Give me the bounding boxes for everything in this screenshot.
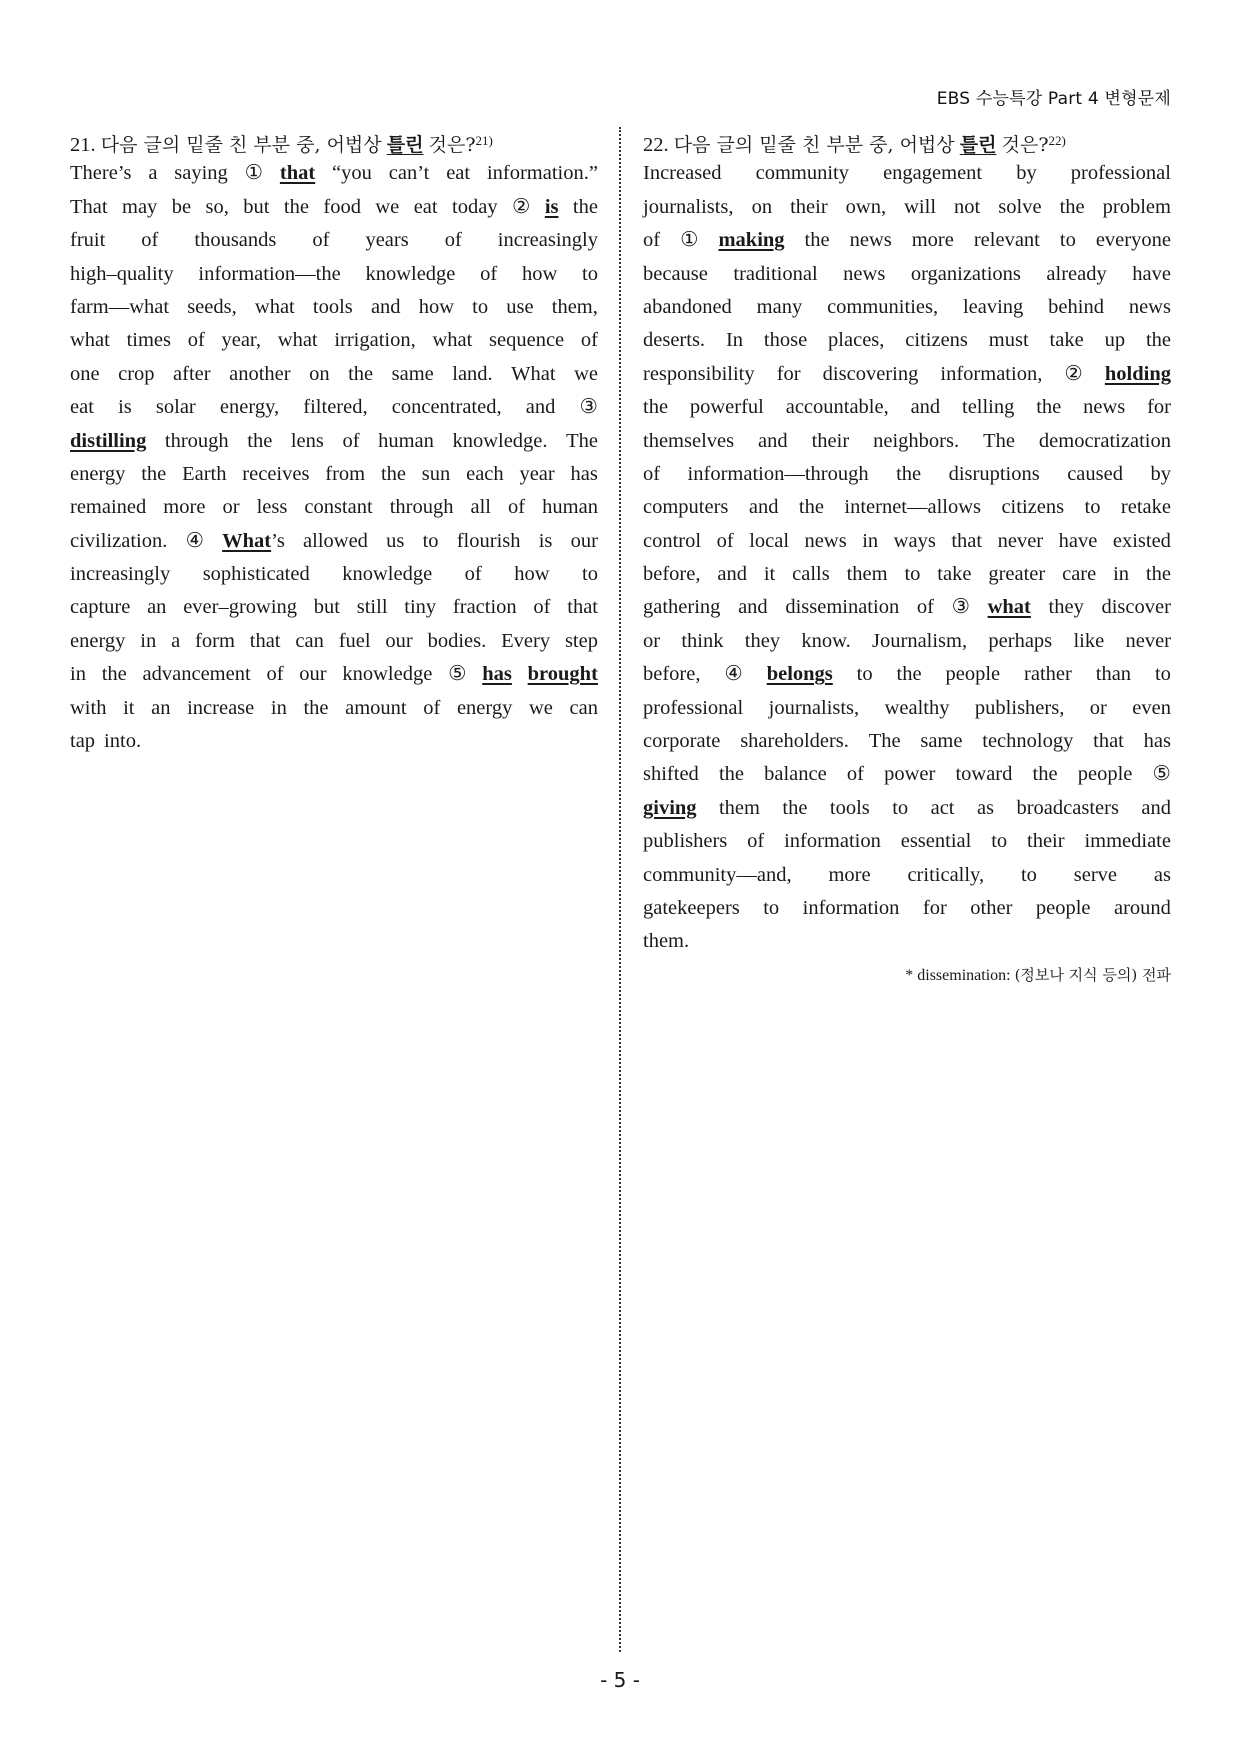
word: or: [222, 491, 239, 524]
word: those: [764, 324, 807, 357]
word: people: [945, 658, 1000, 691]
word: and: [1141, 792, 1171, 825]
word: for: [923, 892, 947, 925]
question-number: 22.: [643, 134, 669, 156]
word: the: [102, 658, 127, 691]
word: dissemination: [785, 591, 899, 624]
word: is: [545, 191, 559, 224]
word: civilization.: [70, 525, 167, 558]
text: problem: [1103, 196, 1171, 218]
text: of: [465, 563, 482, 585]
word: brought: [528, 658, 598, 691]
text: energy: [457, 697, 512, 719]
text: discovering: [823, 363, 919, 385]
question-22: 22. 다음 글의 밑줄 친 부분 중, 어법상 틀린 것은?22) Incre…: [643, 124, 1171, 990]
text: balance: [764, 763, 827, 785]
passage-line: withitanincreaseintheamountofenergywecan: [70, 692, 598, 725]
passage-line: them.: [643, 925, 1171, 958]
text: not: [954, 196, 980, 218]
passage-line: Thatmaybeso,butthefoodweeattoday②isthe: [70, 191, 598, 224]
word: food: [323, 191, 361, 224]
passage-line: controloflocalnewsinwaysthatneverhaveexi…: [643, 525, 1171, 558]
text: in: [862, 530, 878, 552]
text: year,: [221, 329, 261, 351]
word: of: [643, 224, 660, 257]
word: like: [1073, 625, 1104, 658]
word: the: [719, 758, 744, 791]
passage-line: deserts.Inthoseplaces,citizensmusttakeup…: [643, 324, 1171, 357]
underlined-option: is: [545, 196, 559, 218]
text: never: [1125, 630, 1171, 652]
word: filtered,: [303, 391, 367, 424]
text: how: [522, 263, 557, 285]
text: to: [1085, 496, 1101, 518]
word: in: [1113, 558, 1129, 591]
text: broadcasters: [1016, 797, 1118, 819]
word: same: [920, 725, 962, 758]
word: in: [862, 525, 878, 558]
text: ①: [680, 229, 698, 251]
word: What: [511, 358, 555, 391]
word: that: [567, 591, 598, 624]
word: ④: [186, 525, 204, 558]
word: of: [266, 658, 283, 691]
text: farm—what: [70, 296, 169, 318]
word: constant: [304, 491, 372, 524]
text: the: [573, 196, 598, 218]
text: to: [582, 563, 598, 585]
text: the: [303, 697, 328, 719]
text: and: [1141, 797, 1171, 819]
word: as: [977, 792, 994, 825]
text: journalists,: [643, 196, 734, 218]
text: what: [432, 329, 472, 351]
text: or: [1090, 697, 1107, 719]
word: how: [522, 258, 557, 291]
underlined-option: brought: [528, 663, 598, 685]
word: of: [423, 692, 440, 725]
text: each: [466, 463, 504, 485]
text: information.”: [487, 162, 598, 184]
word: concentrated,: [392, 391, 502, 424]
text: have: [1132, 263, 1171, 285]
word: information: [803, 892, 900, 925]
text: they: [745, 630, 780, 652]
text: disruptions: [949, 463, 1040, 485]
word: information,: [940, 358, 1042, 391]
text: before,: [643, 663, 700, 685]
text: an: [147, 596, 166, 618]
word: of: [643, 458, 660, 491]
word: The: [566, 425, 598, 458]
word: of: [141, 224, 158, 257]
text: into.: [104, 730, 141, 752]
word: or: [643, 625, 660, 658]
text: their: [790, 196, 828, 218]
word: powerful: [690, 391, 764, 424]
word: us: [386, 525, 404, 558]
text: by: [1150, 463, 1171, 485]
text: tap: [70, 730, 95, 752]
text: the: [643, 396, 668, 418]
word: communities,: [827, 291, 938, 324]
word: has: [1144, 725, 1171, 758]
text: journalists,: [769, 697, 860, 719]
text: have: [1059, 530, 1098, 552]
word: by: [1150, 458, 1171, 491]
question-emphasis: 틀린: [387, 134, 424, 156]
text: today: [452, 196, 498, 218]
text: we: [375, 196, 399, 218]
text: crop: [118, 363, 154, 385]
text: has: [571, 463, 598, 485]
word: traditional: [733, 258, 817, 291]
text: deserts.: [643, 329, 705, 351]
word: before,: [643, 558, 700, 591]
word: all: [471, 491, 492, 524]
underlined-option: giving: [643, 797, 697, 819]
text: ever–growing: [183, 596, 297, 618]
text: existed: [1113, 530, 1171, 552]
word: and: [738, 591, 768, 624]
word: knowledge: [365, 258, 455, 291]
text: Increased: [643, 162, 722, 184]
word: corporate: [643, 725, 720, 758]
text: news: [805, 530, 847, 552]
word: ④: [724, 658, 742, 691]
text: of: [847, 763, 864, 785]
text: take: [937, 563, 971, 585]
passage-line: fruitofthousandsofyearsofincreasingly: [70, 224, 598, 257]
text: the: [799, 496, 824, 518]
text: that: [1093, 730, 1124, 752]
word: is: [539, 525, 553, 558]
text: as: [1154, 864, 1171, 886]
text: what: [278, 329, 318, 351]
word: through: [390, 491, 454, 524]
text: Earth: [182, 463, 226, 485]
word: for: [1147, 391, 1171, 424]
word: to: [763, 892, 779, 925]
text: the: [247, 430, 272, 452]
text: in: [271, 697, 287, 719]
text: for: [777, 363, 801, 385]
text: concentrated,: [392, 396, 502, 418]
text: energy: [70, 630, 125, 652]
text: relevant: [974, 229, 1040, 251]
passage-line: captureanever–growingbutstilltinyfractio…: [70, 591, 598, 624]
text: ways: [894, 530, 936, 552]
word: energy: [457, 692, 512, 725]
page-header: EBS 수능특강 Part 4 변형문제: [937, 84, 1171, 109]
word: that: [951, 525, 982, 558]
word: human: [542, 491, 598, 524]
text: knowledge.: [452, 430, 547, 452]
word: because: [643, 258, 708, 291]
word: think: [681, 625, 723, 658]
word: crop: [118, 358, 154, 391]
text: shareholders.: [740, 730, 849, 752]
text: like: [1073, 630, 1104, 652]
word: caused: [1067, 458, 1123, 491]
word: balance: [764, 758, 827, 791]
word: responsibility: [643, 358, 755, 391]
text: them: [847, 563, 888, 585]
text: gatekeepers: [643, 897, 740, 919]
word: calls: [792, 558, 830, 591]
word: with: [70, 692, 106, 725]
text: ④: [724, 663, 742, 685]
text: of: [533, 596, 550, 618]
passage-line: energytheEarthreceivesfromthesuneachyear…: [70, 458, 598, 491]
text: is: [539, 530, 553, 552]
note-gloss: (정보나 지식 등의) 전파: [1015, 966, 1171, 984]
word: them: [847, 558, 888, 591]
text: filtered,: [303, 396, 367, 418]
word: of: [480, 258, 497, 291]
text: a: [148, 162, 157, 184]
word: ①: [680, 224, 698, 257]
word: is: [118, 391, 132, 424]
text: “you: [332, 162, 372, 184]
word: that: [1093, 725, 1124, 758]
word: seeds,: [187, 291, 237, 324]
word: have: [1132, 258, 1171, 291]
passage-line: Increasedcommunityengagementbyprofession…: [643, 157, 1171, 190]
text: more: [912, 229, 954, 251]
word: energy,: [220, 391, 279, 424]
word: to: [857, 658, 873, 691]
text: a: [171, 630, 180, 652]
text: never: [998, 530, 1044, 552]
word: our: [299, 658, 326, 691]
word: the: [1060, 191, 1085, 224]
text: the: [1033, 763, 1058, 785]
word: allowed: [303, 525, 368, 558]
text: we: [574, 363, 598, 385]
word: to: [991, 825, 1007, 858]
text: everyone: [1096, 229, 1171, 251]
word: that: [280, 157, 315, 190]
text: on: [752, 196, 773, 218]
passage-line: high–qualityinformation—theknowledgeofho…: [70, 258, 598, 291]
word: an: [147, 591, 166, 624]
text: news: [1083, 396, 1125, 418]
word: organizations: [911, 258, 1021, 291]
word: from: [325, 458, 365, 491]
text: people: [1036, 897, 1091, 919]
passage-line: professionaljournalists,wealthypublisher…: [643, 692, 1171, 725]
text: how: [419, 296, 454, 318]
text: and: [749, 496, 779, 518]
word: Every: [501, 625, 550, 658]
word: step: [565, 625, 598, 658]
word: tap: [70, 725, 95, 758]
text: our: [299, 663, 326, 685]
text: around: [1114, 897, 1171, 919]
text: calls: [792, 563, 830, 585]
word: each: [466, 458, 504, 491]
text: to: [763, 897, 779, 919]
word: problem: [1103, 191, 1171, 224]
word: telling: [962, 391, 1014, 424]
text: accountable,: [786, 396, 889, 418]
word: as: [1154, 859, 1171, 892]
word: know.: [801, 625, 850, 658]
text: news: [850, 229, 892, 251]
text: energy: [70, 463, 125, 485]
word: we: [375, 191, 399, 224]
word: be: [172, 191, 191, 224]
passage-line: civilization.④What’sallowedustoflourishi…: [70, 525, 598, 558]
word: essential: [901, 825, 972, 858]
question-prompt: 다음 글의 밑줄 친 부분 중, 어법상: [101, 134, 382, 156]
word: ways: [894, 525, 936, 558]
text: ②: [1064, 363, 1082, 385]
word: tiny: [404, 591, 436, 624]
word: abandoned: [643, 291, 732, 324]
word: before,: [643, 658, 700, 691]
word: energy: [70, 458, 125, 491]
text: own,: [846, 196, 886, 218]
text: of: [917, 596, 934, 618]
word: knowledge: [342, 658, 432, 691]
text: or: [222, 496, 239, 518]
text: them: [719, 797, 760, 819]
text: the: [805, 229, 830, 251]
word: high–quality: [70, 258, 174, 291]
word: Increased: [643, 157, 722, 190]
word: what: [278, 324, 318, 357]
text: tiny: [404, 596, 436, 618]
text: human: [378, 430, 434, 452]
text: they: [1049, 596, 1084, 618]
underlined-option: What: [222, 530, 271, 552]
word: them.: [643, 925, 689, 958]
text: for: [923, 897, 947, 919]
word: of: [342, 425, 359, 458]
text: essential: [901, 830, 972, 852]
passage-line: distillingthroughthelensofhumanknowledge…: [70, 425, 598, 458]
text: the: [284, 196, 309, 218]
word: democratization: [1039, 425, 1171, 458]
word: of: [747, 825, 764, 858]
text: sophisticated: [203, 563, 310, 585]
word: perhaps: [988, 625, 1052, 658]
text: think: [681, 630, 723, 652]
text: ③: [580, 396, 598, 418]
word: the: [1033, 758, 1058, 791]
text: but: [243, 196, 269, 218]
text: act: [931, 797, 955, 819]
text: corporate: [643, 730, 720, 752]
passage-line: orthinktheyknow.Journalism,perhapslikene…: [643, 625, 1171, 658]
text: greater: [988, 563, 1045, 585]
text: must: [989, 329, 1029, 351]
word: shareholders.: [740, 725, 849, 758]
word: their: [812, 425, 850, 458]
text: discover: [1101, 596, 1170, 618]
text: and: [738, 596, 768, 618]
text: fruit: [70, 229, 105, 251]
passage-line: onecropafteranotheronthesameland.Whatwe: [70, 358, 598, 391]
word: will: [904, 191, 936, 224]
passage-line: ofinformation—throughthedisruptionscause…: [643, 458, 1171, 491]
word: saying: [174, 157, 228, 190]
text: the: [1036, 396, 1061, 418]
word: capture: [70, 591, 130, 624]
word: amount: [345, 692, 407, 725]
word: that: [250, 625, 281, 658]
word: news: [1129, 291, 1171, 324]
word: to: [582, 558, 598, 591]
word: a: [171, 625, 180, 658]
text: them.: [643, 930, 689, 952]
text: many: [757, 296, 803, 318]
word: our: [571, 525, 598, 558]
word: today: [452, 191, 498, 224]
word: toward: [955, 758, 1012, 791]
text: as: [977, 797, 994, 819]
text: powerful: [690, 396, 764, 418]
text: caused: [1067, 463, 1123, 485]
word: increasingly: [498, 224, 598, 257]
word: year,: [221, 324, 261, 357]
word: The: [983, 425, 1015, 458]
text: citizens: [905, 329, 968, 351]
text: that: [250, 630, 281, 652]
passage-line: of①makingthenewsmorerelevanttoeveryone: [643, 224, 1171, 257]
word: years: [365, 224, 408, 257]
text: to: [582, 263, 598, 285]
text: can’t: [389, 162, 430, 184]
underlined-option: making: [718, 229, 784, 251]
word: discovering: [823, 358, 919, 391]
word: human: [378, 425, 434, 458]
text: The: [869, 730, 901, 752]
passage-line: becausetraditionalnewsorganizationsalrea…: [643, 258, 1171, 291]
word: receives: [242, 458, 309, 491]
word: to: [904, 558, 920, 591]
text: food: [323, 196, 361, 218]
word: can: [295, 625, 323, 658]
text: of: [643, 229, 660, 251]
text: same: [392, 363, 434, 385]
text: ①: [245, 162, 263, 184]
word: the: [284, 191, 309, 224]
word: many: [757, 291, 803, 324]
text: them,: [552, 296, 598, 318]
word: greater: [988, 558, 1045, 591]
word: irrigation,: [334, 324, 415, 357]
word: our: [385, 625, 412, 658]
word: of: [445, 224, 462, 257]
text: receives: [242, 463, 309, 485]
text: constant: [304, 496, 372, 518]
text: to: [1060, 229, 1076, 251]
text: use: [506, 296, 533, 318]
passage-line: thepowerfulaccountable,andtellingthenews…: [643, 391, 1171, 424]
word: of: [312, 224, 329, 257]
word: may: [122, 191, 157, 224]
text: to: [1155, 663, 1171, 685]
word: for: [777, 358, 801, 391]
word: information.”: [487, 157, 598, 190]
text: The: [983, 430, 1015, 452]
word: their: [1027, 825, 1065, 858]
text: saying: [174, 162, 228, 184]
word: the: [896, 458, 921, 491]
